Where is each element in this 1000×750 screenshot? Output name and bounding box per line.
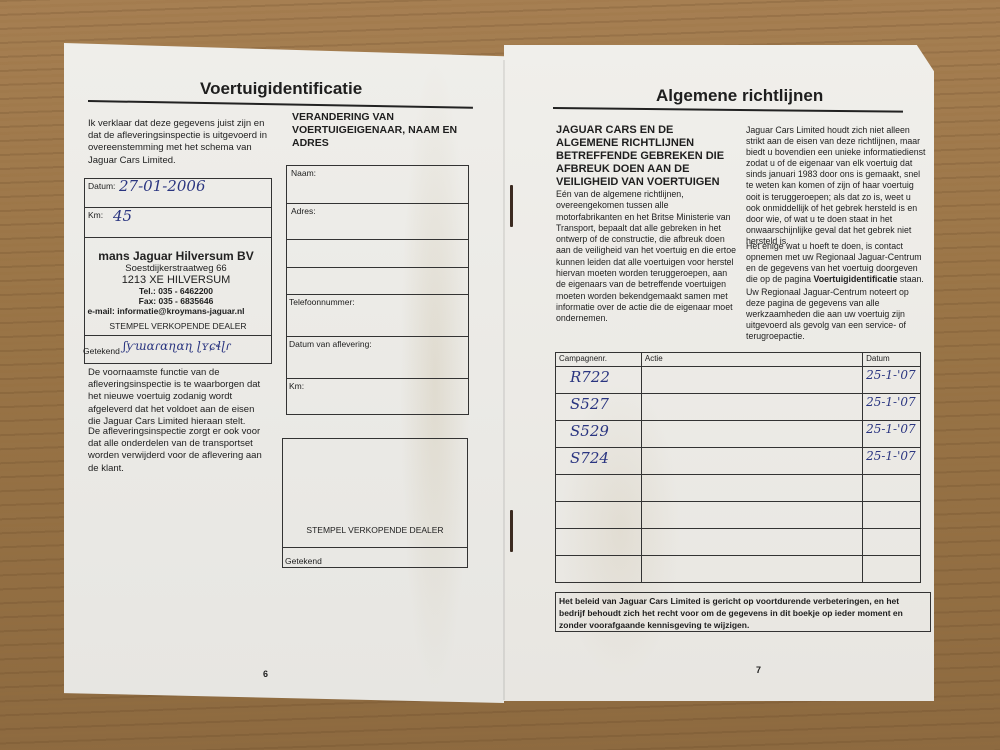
recall-col2-p3: Uw Regionaal Jaguar-Centrum noteert op d…: [746, 287, 926, 342]
table-row: [556, 502, 921, 529]
km-label: Km:: [88, 210, 103, 220]
intro-text: Ik verklaar dat deze gegevens juist zijn…: [88, 118, 268, 167]
recall-heading: JAGUAR CARS EN DE ALGEMENE RICHTLIJNEN B…: [556, 124, 736, 189]
p2-text-end: staan.: [897, 274, 923, 284]
dealer-city: 1213 XE HILVERSUM: [81, 274, 271, 286]
page-number-right: 7: [756, 665, 761, 675]
date-cell[interactable]: [863, 475, 921, 502]
dealer-fax: Fax: 035 - 6835646: [81, 296, 271, 306]
campaign-number-cell[interactable]: S527: [556, 394, 642, 421]
dealer-name: mans Jaguar Hilversum BV: [81, 249, 271, 263]
dealer-email: e-mail: informatie@kroymans-jaguar.nl: [61, 306, 271, 316]
campaign-number-cell[interactable]: [556, 556, 642, 583]
table-row: [556, 556, 921, 583]
owner-change-stamp-box: STEMPEL VERKOPENDE DEALER Getekend: [282, 438, 468, 568]
signature: ʃƴɯɑɾɑɳɑɳ ɭʏɕɬɭɾ: [123, 339, 231, 353]
page-title-right: Algemene richtlijnen: [656, 86, 823, 106]
recall-col2-p1: Jaguar Cars Limited houdt zich niet alle…: [746, 125, 926, 247]
dealer-stamp: mans Jaguar Hilversum BV Soestdijkerstra…: [81, 249, 271, 316]
column-header: Datum: [863, 353, 921, 367]
signed-label: Getekend: [83, 346, 120, 356]
page-number-left: 6: [263, 669, 268, 679]
date-cell[interactable]: 25-1-'07: [863, 367, 921, 394]
action-cell[interactable]: [641, 529, 862, 556]
date-cell[interactable]: [863, 556, 921, 583]
campaign-number-cell[interactable]: [556, 502, 642, 529]
campaign-table: Campagnenr.ActieDatumR72225-1-'07S52725-…: [555, 352, 921, 583]
action-cell[interactable]: [641, 421, 862, 448]
owner-change-form: Naam: Adres: Telefoonnummer: Datum van a…: [286, 165, 469, 415]
column-header: Actie: [641, 353, 862, 367]
date-cell[interactable]: 25-1-'07: [863, 394, 921, 421]
dealer-street: Soestdijkerstraatweg 66: [81, 263, 271, 274]
table-row: [556, 475, 921, 502]
paragraph-1: De voornaamste functie van de aflevering…: [88, 367, 268, 428]
table-row: R72225-1-'07: [556, 367, 921, 394]
date-label: Datum:: [88, 181, 115, 191]
action-cell[interactable]: [641, 448, 862, 475]
page-title-left: Voertuigidentificatie: [200, 79, 362, 99]
km-field[interactable]: Km:: [289, 381, 304, 391]
address-field[interactable]: Adres:: [291, 206, 316, 216]
stamp-label: STEMPEL VERKOPENDE DEALER: [85, 321, 271, 331]
paragraph-2: De afleveringsinspectie zorgt er ook voo…: [88, 426, 268, 475]
date-cell[interactable]: [863, 502, 921, 529]
action-cell[interactable]: [641, 394, 862, 421]
action-cell[interactable]: [641, 502, 862, 529]
phone-field[interactable]: Telefoonnummer:: [289, 297, 355, 307]
table-row: S52925-1-'07: [556, 421, 921, 448]
campaign-number-cell[interactable]: S529: [556, 421, 642, 448]
recall-col2-p2: Het enige wat u hoeft te doen, is contac…: [746, 241, 926, 285]
date-value[interactable]: 27-01-2006: [119, 177, 205, 195]
campaign-number-cell[interactable]: R722: [556, 367, 642, 394]
action-cell[interactable]: [641, 367, 862, 394]
action-cell[interactable]: [641, 475, 862, 502]
table-header-row: Campagnenr.ActieDatum: [556, 353, 921, 367]
date-cell[interactable]: 25-1-'07: [863, 448, 921, 475]
dealer-tel: Tel.: 035 - 6462200: [81, 286, 271, 296]
signed-field[interactable]: Getekend: [285, 556, 322, 566]
p2-bold-ref: Voertuigidentificatie: [814, 274, 898, 284]
delivery-form: Datum: 27-01-2006 Km: 45 mans Jaguar Hil…: [84, 178, 272, 364]
date-cell[interactable]: 25-1-'07: [863, 421, 921, 448]
campaign-number-cell[interactable]: S724: [556, 448, 642, 475]
recall-col1-text: Eén van de algemene richtlijnen, overeen…: [556, 189, 736, 325]
km-value[interactable]: 45: [113, 207, 132, 225]
owner-change-heading: VERANDERING VAN VOERTUIGEIGENAAR, NAAM E…: [292, 111, 467, 150]
table-row: [556, 529, 921, 556]
booklet-spine: [503, 60, 505, 700]
footer-note: Het beleid van Jaguar Cars Limited is ge…: [555, 592, 931, 632]
table-row: S52725-1-'07: [556, 394, 921, 421]
staple-top: [510, 185, 513, 227]
date-cell[interactable]: [863, 529, 921, 556]
table-row: S72425-1-'07: [556, 448, 921, 475]
campaign-number-cell[interactable]: [556, 475, 642, 502]
delivery-date-field[interactable]: Datum van aflevering:: [289, 339, 372, 349]
column-header: Campagnenr.: [556, 353, 642, 367]
staple-bottom: [510, 510, 513, 552]
action-cell[interactable]: [641, 556, 862, 583]
stamp-label-2: STEMPEL VERKOPENDE DEALER: [283, 525, 467, 535]
campaign-number-cell[interactable]: [556, 529, 642, 556]
name-field[interactable]: Naam:: [291, 168, 316, 178]
